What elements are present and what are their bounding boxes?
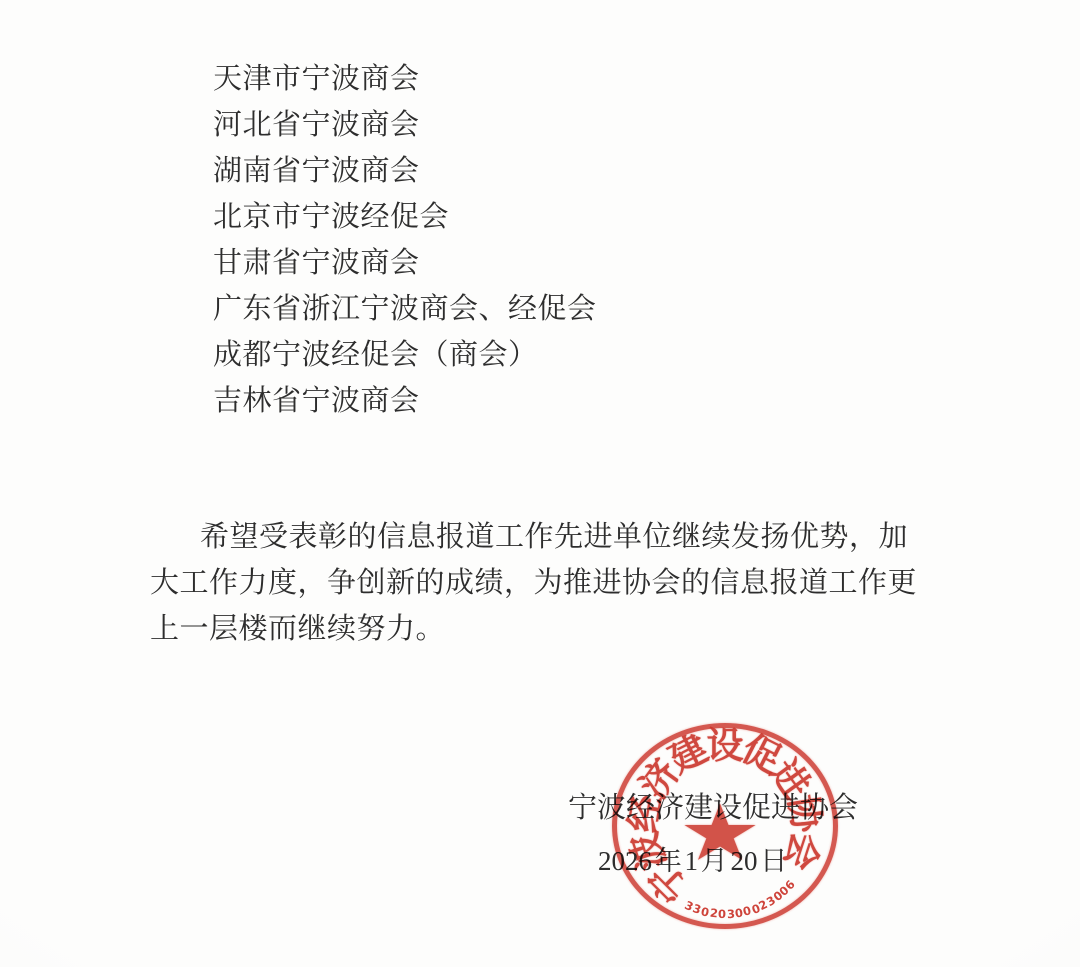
seal-serial-digit: 0 xyxy=(777,883,792,899)
org-list-item: 成都宁波经促会（商会） xyxy=(213,332,597,378)
seal-serial-digit: 2 xyxy=(757,897,770,913)
seal-ring-char: 设 xyxy=(707,715,744,769)
seal-serial-digit: 3 xyxy=(726,907,735,921)
seal-serial-digit: 3 xyxy=(683,898,696,914)
document-page: 天津市宁波商会河北省宁波商会湖南省宁波商会北京市宁波经促会甘肃省宁波商会广东省浙… xyxy=(0,0,1080,967)
seal-serial-digit: 0 xyxy=(718,907,726,921)
seal-serial-digit: 0 xyxy=(742,903,753,919)
seal-serial-digit: 0 xyxy=(734,905,744,920)
paragraph-line: 希望受表彰的信息报道工作先进单位继续发扬优势，加 xyxy=(150,514,917,560)
paragraph-line: 上一层楼而继续努力。 xyxy=(150,606,917,652)
org-list: 天津市宁波商会河北省宁波商会湖南省宁波商会北京市宁波经促会甘肃省宁波商会广东省浙… xyxy=(213,56,597,424)
paragraph-line: 大工作力度，争创新的成绩，为推进协会的信息报道工作更 xyxy=(150,560,917,606)
seal-serial-digit: 2 xyxy=(709,906,719,921)
seal-ring-char: 建 xyxy=(658,719,715,784)
official-seal: ★ 宁波经济建设促进协会 33020300023006 xyxy=(608,714,842,938)
seal-serial-digit: 6 xyxy=(783,877,799,892)
closing-paragraph: 希望受表彰的信息报道工作先进单位继续发扬优势，加大工作力度，争创新的成绩，为推进… xyxy=(150,514,917,652)
org-list-item: 甘肃省宁波商会 xyxy=(213,240,597,286)
org-list-item: 河北省宁波商会 xyxy=(213,102,597,148)
seal-serial-digit: 3 xyxy=(764,893,778,909)
org-list-item: 北京市宁波经促会 xyxy=(213,194,597,240)
org-list-item: 广东省浙江宁波商会、经促会 xyxy=(213,286,597,332)
org-list-item: 湖南省宁波商会 xyxy=(213,148,597,194)
seal-ring xyxy=(612,723,838,929)
seal-serial-digit: 0 xyxy=(770,888,785,904)
signature-line: 宁波经济建设促进协会 xyxy=(568,792,858,824)
seal-serial-digit: 0 xyxy=(700,904,711,919)
date-line: 2026 年 1 月 20 日 xyxy=(598,845,787,877)
seal-serial-digit: 3 xyxy=(691,902,703,918)
seal-serial-digit: 0 xyxy=(749,901,761,917)
org-list-item: 吉林省宁波商会 xyxy=(213,378,597,424)
seal-ring-char: 促 xyxy=(734,719,791,784)
org-list-item: 天津市宁波商会 xyxy=(213,56,597,102)
